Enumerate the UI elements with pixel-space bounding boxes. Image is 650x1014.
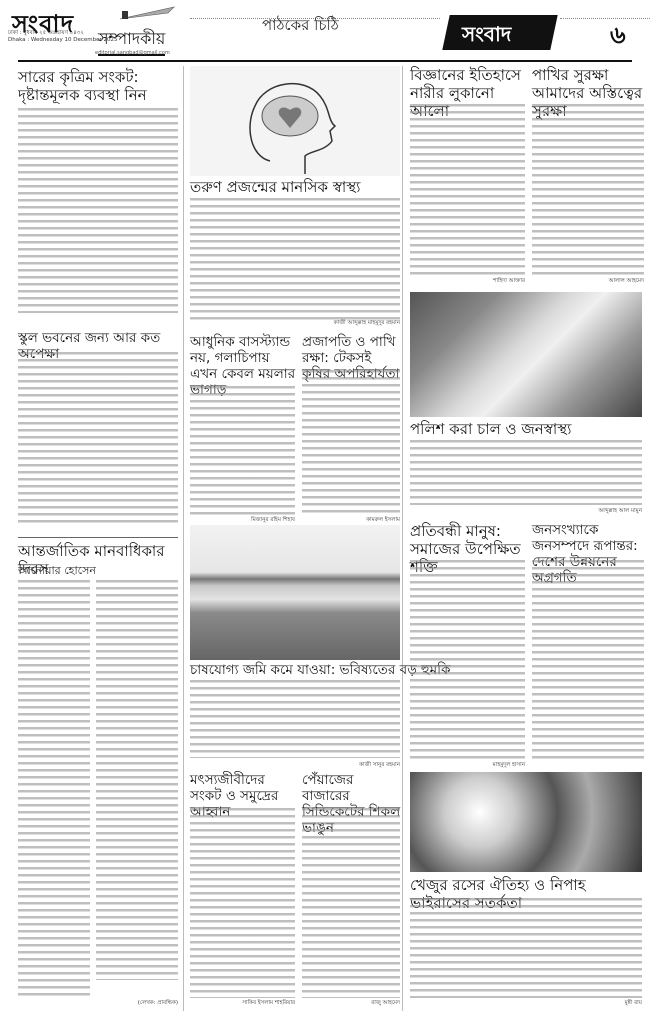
birds-byline: আলাল আহমেদ	[532, 278, 644, 286]
bus-stand-body	[190, 386, 295, 516]
brain-heart-icon	[190, 66, 400, 176]
birds-body	[532, 104, 644, 276]
women-science-body	[410, 104, 525, 276]
bus-stand-byline: মিজানুর রহিম শিহাব	[190, 517, 295, 525]
population-body	[532, 560, 644, 760]
farmer-field-image	[190, 525, 400, 660]
fishermen-byline: সাকিব ইসলাম শাহরিয়ার	[190, 1000, 295, 1008]
mental-health-byline: কাজী আব্দুল্লাহ মাহমুদুর রহমান	[190, 320, 400, 328]
rice-hands-image	[410, 292, 642, 417]
editorial-1-body	[18, 108, 178, 313]
column-byline: (লেখক: প্রাবন্ধিক)	[96, 1000, 178, 1008]
quill-pen-icon	[118, 5, 178, 21]
disabled-body	[410, 560, 525, 760]
butterfly-body	[302, 370, 400, 516]
section-divider	[18, 537, 178, 538]
rice-headline: পলিশ করা চাল ও জনস্বাস্থ্য	[410, 420, 642, 438]
page-number: ৬	[610, 17, 626, 57]
column-divider	[402, 66, 403, 1011]
mental-health-headline: তরুণ প্রজন্মের মানসিক স্বাস্থ্য	[190, 178, 405, 196]
editorial-1-headline: সারের কৃত্রিম সংকট: দৃষ্টান্তমূলক ব্যবস্…	[18, 68, 183, 104]
farmland-byline: কাজী সানুর রহমান	[190, 762, 400, 770]
butterfly-byline: কামরুল ইসলাম	[302, 517, 400, 525]
brain-heart-image	[190, 66, 400, 176]
fishermen-body	[190, 808, 295, 998]
letters-section-title: পাঠকের চিঠি	[262, 14, 339, 39]
onion-byline: রাজু আহমেদ	[302, 1000, 400, 1008]
onion-body	[302, 808, 400, 998]
column-author: আনোয়ার হোসেন	[18, 562, 96, 581]
date-juice-body	[410, 898, 642, 998]
dotted-divider	[560, 18, 650, 19]
date-juice-byline: মুন্নী রায়	[410, 1000, 642, 1008]
editorial-email: editorial.sangbad@gmail.com	[95, 50, 170, 56]
column-body-col1	[18, 580, 90, 1000]
header-rule	[18, 60, 632, 62]
disabled-byline: মাহমুদুল হাসান	[410, 762, 525, 770]
masthead-logo-right: সংবাদ	[462, 20, 511, 53]
farmland-body	[190, 680, 400, 758]
column-divider	[183, 66, 184, 1011]
mental-health-body	[190, 198, 400, 320]
editorial-2-body	[18, 352, 178, 527]
women-science-byline: শাহিদা আক্তার	[410, 278, 525, 286]
rice-body	[410, 440, 642, 505]
column-body-col2	[96, 580, 178, 980]
rice-byline: আব্দুল্লাহ আল মামুন	[410, 508, 642, 516]
date-palm-image	[410, 772, 642, 872]
